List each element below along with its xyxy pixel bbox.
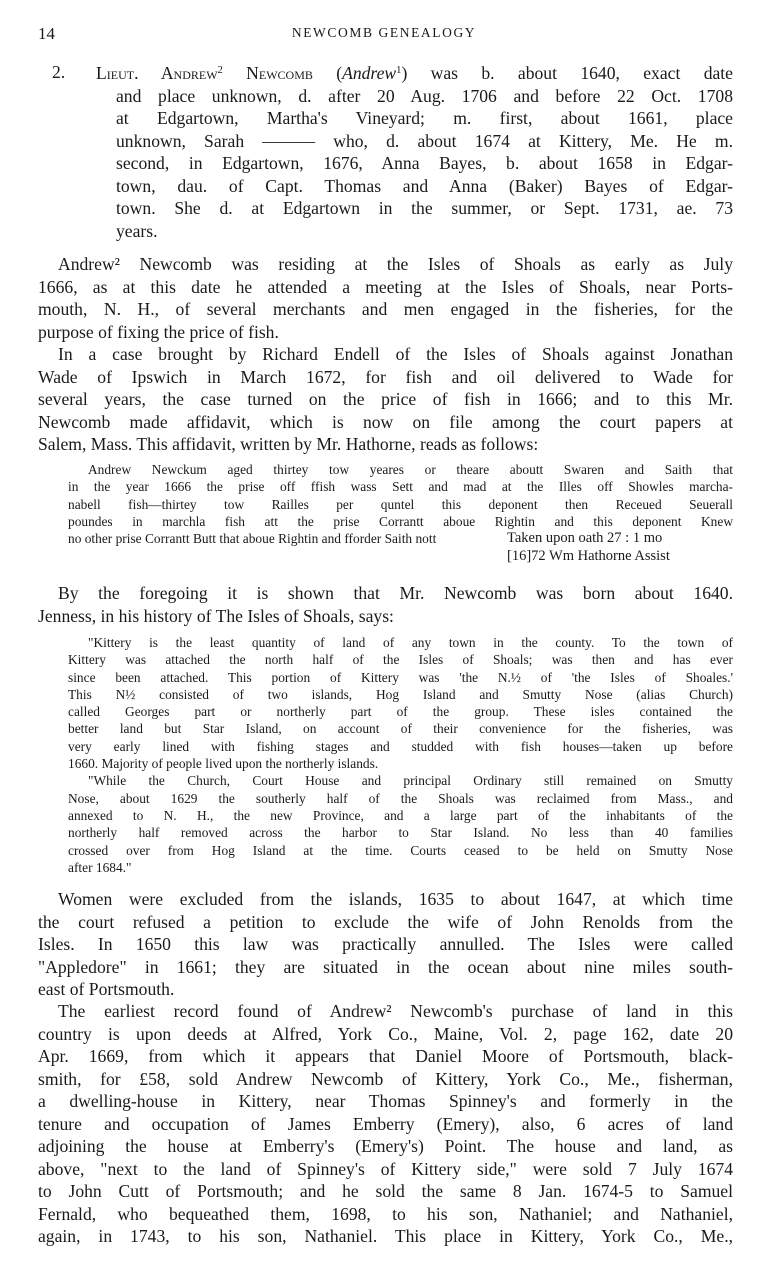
paragraph-line: mouth, N. H., of several merchants and m…	[38, 298, 733, 321]
paragraph-women-excluded: Women were excluded from the islands, 16…	[38, 888, 733, 1001]
jenness-quote: "Kittery is the least quantity of land o…	[68, 634, 733, 876]
entry-line: unknown, Sarah ——— who, d. about 1674 at…	[116, 130, 733, 153]
entry-surname: Newcomb	[223, 63, 313, 83]
entry-line: years.	[116, 220, 733, 243]
entry-line: town, dau. of Capt. Thomas and Anna (Bak…	[116, 175, 733, 198]
paragraph-land-purchase: The earliest record found of Andrew² New…	[38, 1000, 733, 1248]
oath-line: Taken upon oath 27 : 1 mo	[507, 529, 670, 547]
paragraph-line: to John Cutt of Portsmouth; and he sold …	[38, 1180, 733, 1203]
paragraph-line: again, in 1743, to his son, Nathaniel. T…	[38, 1225, 733, 1248]
paragraph-line: Isles. In 1650 this law was practically …	[38, 933, 733, 956]
paragraph-line: Women were excluded from the islands, 16…	[38, 888, 733, 911]
paragraph-line: country is upon deeds at Alfred, York Co…	[38, 1023, 733, 1046]
quote-line: very early lined with fishing stages and…	[68, 738, 733, 755]
paragraph-line: a dwelling-house in Kittery, near Thomas…	[38, 1090, 733, 1113]
quote-line: poundes in marchla fish att the prise Co…	[68, 513, 733, 530]
paragraph-line: Andrew² Newcomb was residing at the Isle…	[38, 253, 733, 276]
quote-line: Andrew Newckum aged thirtey tow yeares o…	[68, 461, 733, 478]
quote-line: 1660. Majority of people lived upon the …	[68, 755, 733, 772]
quote-line: annexed to N. H., the new Province, and …	[68, 807, 733, 824]
entry-line: town. She d. at Edgartown in the summer,…	[116, 197, 733, 220]
paragraph-line: Jenness, in his history of The Isles of …	[38, 605, 733, 628]
quote-line: northerly half removed across the harbor…	[68, 824, 733, 841]
paragraph-line: By the foregoing it is shown that Mr. Ne…	[38, 582, 733, 605]
paragraph-isles-of-shoals: Andrew² Newcomb was residing at the Isle…	[38, 253, 733, 343]
paragraph-line: Fernald, who bequeathed them, 1698, to h…	[38, 1203, 733, 1226]
paragraph-line: "Appledore" in 1661; they are situated i…	[38, 956, 733, 979]
quote-line: crossed over from Hog Island at the time…	[68, 842, 733, 859]
paragraph-line: the court refused a petition to exclude …	[38, 911, 733, 934]
genealogy-entry-body: and place unknown, d. after 20 Aug. 1706…	[116, 85, 733, 243]
quote-line: better land but Star Island, on account …	[68, 720, 733, 737]
quote-line: since been attached. This portion of Kit…	[68, 669, 733, 686]
paragraph-line: In a case brought by Richard Endell of t…	[38, 343, 733, 366]
quote-line: Kittery was attached the north half of t…	[68, 651, 733, 668]
quote-line: called Georges part or northerly part of…	[68, 703, 733, 720]
paragraph-line: Apr. 1669, from which it appears that Da…	[38, 1045, 733, 1068]
paragraph-line: purpose of fixing the price of fish.	[38, 321, 733, 344]
quote-line: "Kittery is the least quantity of land o…	[68, 634, 733, 651]
quote-line: This N½ consisted of two islands, Hog Is…	[68, 686, 733, 703]
paragraph-line: east of Portsmouth.	[38, 978, 733, 1001]
affidavit-signature: Taken upon oath 27 : 1 mo [16]72 Wm Hath…	[507, 529, 670, 565]
paragraph-line: smith, for £58, sold Andrew Newcomb of K…	[38, 1068, 733, 1091]
entry-line: second, in Edgartown, 1676, Anna Bayes, …	[116, 152, 733, 175]
paragraph-line: adjoining the house at Emberry's (Emery'…	[38, 1135, 733, 1158]
paragraph-line: Salem, Mass. This affidavit, written by …	[38, 433, 733, 456]
entry-number: 2.	[52, 62, 65, 83]
paragraph-line: tenure and occupation of James Emberry (…	[38, 1113, 733, 1136]
quote-line: "While the Church, Court House and princ…	[68, 772, 733, 789]
quote-line: nabell fish—thirtey tow Railles per qunt…	[68, 496, 733, 513]
document-page: 14 NEWCOMB GENEALOGY 2. Lieut. Andrew2 N…	[0, 0, 768, 1268]
running-title: NEWCOMB GENEALOGY	[0, 25, 768, 41]
entry-line: and place unknown, d. after 20 Aug. 1706…	[116, 85, 733, 108]
quote-line: in the year 1666 the prise off ffish was…	[68, 478, 733, 495]
paragraph-line: above, "next to the land of Spinney's of…	[38, 1158, 733, 1181]
entry-line-1-rest: ) was b. about 1640, exact date	[401, 63, 733, 83]
entry-line-1: Lieut. Andrew2 Newcomb (Andrew1) was b. …	[96, 62, 733, 85]
paragraph-line: 1666, as at this date he attended a meet…	[38, 276, 733, 299]
quote-line: Nose, about 1629 the southerly half of t…	[68, 790, 733, 807]
entry-line: at Edgartown, Martha's Vineyard; m. firs…	[116, 107, 733, 130]
paragraph-line: Wade of Ipswich in March 1672, for fish …	[38, 366, 733, 389]
paragraph-line: Newcomb made affidavit, which is now on …	[38, 411, 733, 434]
entry-title: Lieut. Andrew	[96, 63, 218, 83]
paragraph-born-1640: By the foregoing it is shown that Mr. Ne…	[38, 582, 733, 627]
quote-line: after 1684."	[68, 859, 733, 876]
genealogy-entry: Lieut. Andrew2 Newcomb (Andrew1) was b. …	[96, 62, 733, 85]
paragraph-court-case: In a case brought by Richard Endell of t…	[38, 343, 733, 456]
paragraph-line: several years, the case turned on the pr…	[38, 388, 733, 411]
paragraph-line: The earliest record found of Andrew² New…	[38, 1000, 733, 1023]
parent-name: Andrew	[342, 63, 396, 83]
signer-line: [16]72 Wm Hathorne Assist	[507, 547, 670, 565]
paren-open: (	[313, 63, 342, 83]
